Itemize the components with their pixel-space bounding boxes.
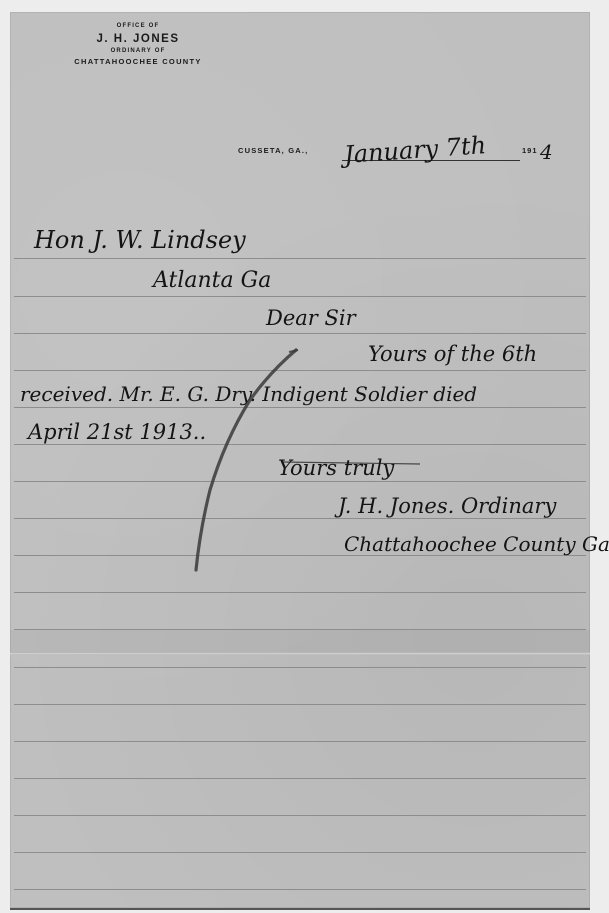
rule-line — [14, 889, 586, 890]
letterhead: OFFICE OF J. H. JONES ORDINARY OF CHATTA… — [48, 22, 228, 68]
rule-line — [14, 852, 586, 853]
recipient-city: Atlanta Ga — [153, 268, 271, 293]
letterhead-county: CHATTAHOOCHEE COUNTY — [48, 56, 228, 68]
fold-shadow — [10, 630, 590, 652]
rule-line — [14, 258, 586, 259]
rule-line — [14, 518, 586, 519]
rule-line — [14, 592, 586, 593]
rule-line — [14, 815, 586, 816]
signature-county: Chattahoochee County Ga — [344, 532, 609, 556]
rule-line — [14, 481, 586, 482]
paper-fold — [10, 652, 590, 655]
closing: Yours truly — [278, 456, 394, 480]
rule-line — [14, 333, 586, 334]
letterhead-title: ORDINARY OF — [48, 47, 228, 56]
body-line-2: received. Mr. E. G. Dry. Indigent Soldie… — [20, 382, 477, 406]
rule-line — [14, 444, 586, 445]
dateline-year-digit: 4 — [540, 140, 553, 164]
letterhead-office-of: OFFICE OF — [48, 22, 228, 31]
rule-line — [14, 667, 586, 668]
signature-name: J. H. Jones. Ordinary — [338, 494, 556, 518]
salutation: Dear Sir — [266, 306, 356, 330]
dateline-year-prefix: 191 — [522, 146, 538, 155]
recipient-name: Hon J. W. Lindsey — [34, 226, 246, 254]
body-line-3: April 21st 1913.. — [28, 420, 206, 444]
rule-line — [14, 704, 586, 705]
dateline-place: CUSSETA, GA., — [238, 146, 308, 155]
rule-line — [14, 741, 586, 742]
body-line-1: Yours of the 6th — [368, 342, 537, 366]
rule-line — [14, 370, 586, 371]
rule-line — [14, 778, 586, 779]
rule-line — [14, 296, 586, 297]
rule-line — [14, 407, 586, 408]
letterhead-name: J. H. JONES — [48, 31, 228, 47]
